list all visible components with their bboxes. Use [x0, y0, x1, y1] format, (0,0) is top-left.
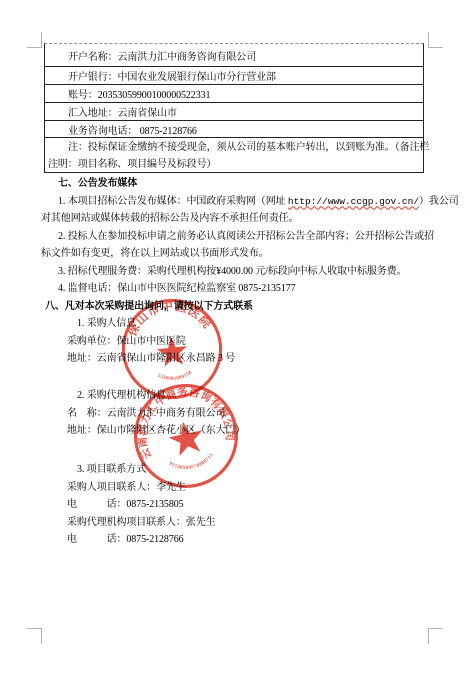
table-cell-account-number: 账号：20353059900100000522331	[68, 86, 210, 101]
stamp-agency-seal: 云南洪力汇中商务咨询有限公司 91530500574888713	[121, 371, 251, 501]
stamp-inner: 保山市中医医院 5330001000158	[122, 295, 221, 387]
svg-text:91530500574888713: 91530500574888713	[167, 451, 217, 475]
section8-heading: 八、凡对本次采购提出询问，请按以下方式联系	[41, 298, 431, 316]
body-line: 3. 招标代理服务费：采购代理机构按¥4000.00 元/标段向中标人收取中标服…	[41, 263, 431, 281]
crop-mark-top-right-icon	[428, 32, 443, 48]
table-row: 开户银行：中国农业发展银行保山市分行营业部	[45, 67, 423, 85]
body-line: 对其他网站或媒体转载的招标公告及内容不承担任何责任。	[41, 210, 431, 228]
buyer-address-line: 地址：云南省保山市隆阳区永昌路 3 号	[41, 350, 431, 368]
table-note-row: 注：投标保证金缴纳不接受现金，须从公司的基本账户转出，以到账为准。（备注栏 注明…	[45, 138, 423, 173]
bank-info-table: 开户名称：云南洪力汇中商务咨询有限公司 开户银行：中国农业发展银行保山市分行营业…	[44, 43, 424, 173]
table-row: 开户名称：云南洪力汇中商务咨询有限公司	[45, 44, 423, 67]
buyer-info-title: 1. 采购人信息	[41, 315, 431, 333]
table-cell-remit-address: 汇入地址：云南省保山市	[68, 104, 177, 119]
crop-mark-bottom-right-icon	[428, 628, 443, 644]
buyer-unit-line: 采购单位：保山市中医医院	[41, 333, 431, 351]
ccgp-url-text: http://www.ccgp.gov.cn/	[288, 196, 419, 207]
section7-heading: 七、公告发布媒体	[41, 175, 431, 193]
stamp-code-text: 91530500574888713	[167, 451, 217, 475]
document-page[interactable]: 开户名称：云南洪力汇中商务咨询有限公司 开户银行：中国农业发展银行保山市分行营业…	[0, 0, 469, 673]
buyer-phone-line: 电 话：0875-2135805	[41, 496, 431, 514]
stamp-agency-svg: 云南洪力汇中商务咨询有限公司 91530500574888713	[121, 371, 251, 501]
note-line: 注：投标保证金缴纳不接受现金，须从公司的基本账户转出，以到账为准。（备注栏	[45, 139, 423, 156]
table-cell-service-phone: 业务咨询电话： 0875-2128766	[68, 122, 197, 137]
star-icon	[166, 418, 207, 457]
body-line: 标文件如有变更，将在以上网站或以书面形式发布。	[41, 245, 431, 263]
svg-text:保山市中医医院: 保山市中医医院	[122, 295, 216, 340]
blank-line	[41, 368, 431, 386]
crop-mark-bottom-left-icon	[27, 628, 42, 644]
stamp-ring-text: 保山市中医医院	[122, 295, 216, 340]
body-line: 2. 投标人在参加投标申请之前务必认真阅读公开招标公告全部内容；公开招标公告或招	[41, 228, 431, 246]
table-cell-account-name: 开户名称：云南洪力汇中商务咨询有限公司	[68, 48, 256, 63]
document-body: 七、公告发布媒体 1. 本项目招标公告发布媒体：中国政府采购网（网址 http:…	[41, 175, 431, 549]
star-icon	[156, 335, 189, 367]
body-line: 4. 监督电话：保山市中医医院纪检监察室 0875-2135177	[41, 280, 431, 298]
crop-mark-top-left-icon	[27, 32, 42, 48]
agency-info-title: 2. 采购代理机构信息	[41, 387, 431, 405]
agency-phone-line: 电 话：0875-2128766	[41, 531, 431, 549]
table-row: 汇入地址：云南省保山市	[45, 103, 423, 121]
body-text: ）我公司	[419, 196, 459, 207]
table-row: 业务咨询电话： 0875-2128766	[45, 121, 423, 138]
note-line: 注明：项目名称、项目编号及标段号）	[45, 156, 423, 173]
agency-contact-line: 采购代理机构项目联系人：张先生	[41, 514, 431, 532]
body-line: 1. 本项目招标公告发布媒体：中国政府采购网（网址 http://www.ccg…	[41, 193, 431, 211]
table-cell-bank: 开户银行：中国农业发展银行保山市分行营业部	[68, 68, 276, 83]
table-row: 账号：20353059900100000522331	[45, 85, 423, 103]
body-text: 1. 本项目招标公告发布媒体：中国政府采购网（网址	[58, 196, 288, 207]
